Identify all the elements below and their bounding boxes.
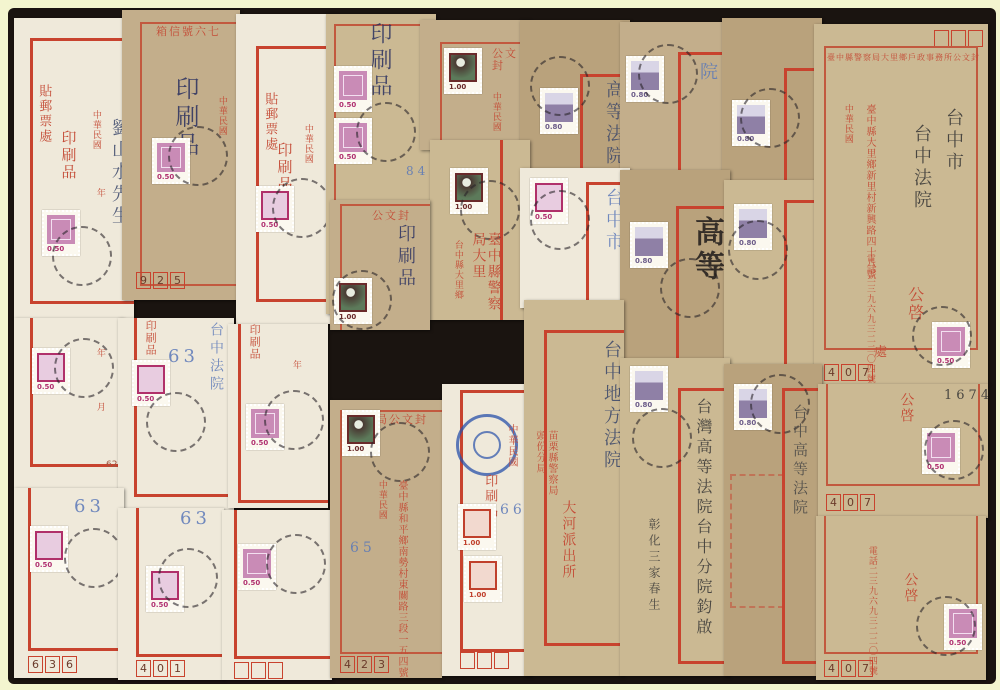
stamp: 1.00 <box>458 504 496 550</box>
stamp: 0.80 <box>630 366 668 412</box>
envelope-2: 箱信號六七 印刷品 中華民國 0.50 925 <box>122 10 240 300</box>
envelope-16: 印刷品 年 0.50 <box>228 324 328 508</box>
handwritten-year: 65 <box>350 540 376 556</box>
envelope-3: 貼郵票處 印刷品 中華民國 0.50 <box>236 14 336 324</box>
envelope-7b: 0.50 台中市 <box>520 168 630 308</box>
postmark <box>54 338 114 398</box>
print-matter-label: 印刷品 <box>248 324 260 360</box>
handwritten-number: 1674 <box>944 388 988 403</box>
stamp: 0.50 <box>334 66 372 112</box>
stamp-box-label: 貼郵票處 <box>36 84 50 144</box>
stamp: 0.80 <box>630 222 668 268</box>
postmark <box>52 226 112 286</box>
red-seal <box>730 474 784 608</box>
envelope-header: 臺中縣警察局大里鄉戶政事務所公文封 <box>820 54 980 63</box>
postmark <box>168 126 228 186</box>
zip-code-boxes <box>234 662 283 679</box>
envelope-19: 0.50 <box>222 510 332 680</box>
envelope-12: 0.80 高等 <box>620 170 730 370</box>
print-matter-label: 印刷品 <box>144 320 156 356</box>
postmark <box>740 88 800 148</box>
handwritten-address: 台中高等法院 <box>790 404 811 518</box>
postmark <box>356 102 416 162</box>
stamp: 1.00 <box>464 556 502 602</box>
year-label: 年 <box>290 360 300 370</box>
handwritten-sender: 彰化三家春生 <box>646 518 663 614</box>
roc-label: 中華民國 <box>376 480 386 520</box>
postmark <box>638 44 698 104</box>
addressee-police: 臺中縣警察局大里 <box>470 232 501 320</box>
stamp-boxes <box>934 30 983 47</box>
postmark <box>370 422 430 482</box>
stamp: 0.50 <box>30 526 68 572</box>
zip-code-boxes: 401 <box>136 660 185 677</box>
year-label: 年 <box>94 348 104 358</box>
gongqi-label: 公啓 <box>902 572 917 604</box>
envelope-4b: 公文封 1.00 印刷品 <box>330 200 430 330</box>
postmark <box>266 534 326 594</box>
handwritten-address-2: 台中法院 <box>908 124 934 212</box>
postmark <box>158 548 218 608</box>
gongqi-label: 公啓 <box>898 392 913 424</box>
official-label: 公文封 <box>372 210 411 222</box>
envelope-10: 0.80 <box>722 18 822 188</box>
handwritten-address: 台中法院 <box>206 322 226 394</box>
postmark <box>530 56 590 116</box>
handwritten-year: 66 <box>500 502 526 518</box>
postmark <box>146 392 206 452</box>
envelope-8: 0.80 台中高等法院 <box>620 22 730 182</box>
envelope-5: 公文封 1.00 中華民國 <box>420 20 530 150</box>
roc-label: 中華民國 <box>90 110 100 150</box>
postmark <box>728 220 788 280</box>
envelope-22: 苗栗縣警察局 頭份分局 大河派出所 台中地方法院 <box>524 300 624 676</box>
envelope-15: 印刷品 63 0.50 台中法院 <box>118 318 234 510</box>
envelope-13: 0.80 <box>724 180 820 370</box>
postmark <box>460 180 520 240</box>
roc-label: 中華民國 <box>216 96 226 136</box>
roc-label: 中華民國 <box>506 424 517 468</box>
envelope-23: 0.80 台灣高等法院台中分院鈞啟 彰化三家春生 <box>620 358 730 676</box>
stamp-box-label: 貼郵票處 <box>262 92 276 152</box>
envelope-24: 0.80 台中高等法院 <box>724 364 822 676</box>
postmark <box>272 178 332 238</box>
zip-code-boxes: 407 <box>826 494 875 511</box>
envelope-20: 局公文封 1.00 臺中縣和平鄉南勢村東關路三段一五四號 中華民國 65 423 <box>330 400 442 678</box>
envelope-1: 貼郵票處 印刷品 中華民國 年 劉山水先生 0.50 <box>14 18 134 318</box>
print-matter-label: 印刷品 <box>60 130 77 181</box>
envelope-21: 中華民國 印刷品 1.00 1.00 66 <box>442 384 532 676</box>
zip-code-boxes: 636 <box>28 656 77 673</box>
postmark <box>916 596 976 656</box>
zip-code-boxes: 925 <box>136 272 185 289</box>
envelope-7: 0.80 高等法院 <box>520 20 630 170</box>
handwritten-year: 63 <box>168 346 199 367</box>
roc-label: 中華民國 <box>842 104 852 144</box>
zip-code-boxes: 407 <box>824 660 873 677</box>
envelope-17: 63 0.50 636 <box>14 488 124 678</box>
phone: 電話二三九六九三二二〇四號 <box>866 546 876 676</box>
postmark <box>264 390 324 450</box>
sender-police: 苗栗縣警察局 <box>546 430 557 496</box>
roc-label: 中華民國 <box>490 92 500 132</box>
handwritten-year: 63 <box>74 496 105 517</box>
envelope-6: 1.00 臺中縣警察局大里 台中縣大里鄉 <box>430 140 530 320</box>
sender-branch: 頭份分局 <box>534 430 545 474</box>
envelope-header: 箱信號六七 <box>156 26 221 38</box>
postmark <box>632 408 692 468</box>
handwritten-print-matter: 印刷品 <box>392 224 418 290</box>
handwritten-address-1: 台中市 <box>940 108 966 174</box>
envelope-18: 63 0.50 401 <box>118 508 224 680</box>
envelope-14: 0.50 年 月 62.9 <box>14 318 124 488</box>
postmark <box>332 270 392 330</box>
handling-label: 處 <box>874 346 889 360</box>
zip-code-boxes: 407 <box>824 364 873 381</box>
envelope-26: 電話二三九六九三二二〇四號 公啓 0.50 407 <box>816 516 986 680</box>
postmark <box>912 306 972 366</box>
zip-code-boxes <box>460 652 509 669</box>
handwritten-year: 63 <box>180 508 211 529</box>
sender-address: 臺中縣和平鄉南勢村東關路三段一五四號 <box>396 480 407 678</box>
postmark <box>64 528 124 588</box>
sender-address: 台中縣大里鄉 <box>452 240 462 300</box>
handwritten-address: 台灣高等法院台中分院鈞啟 <box>692 398 715 638</box>
postmark <box>924 420 984 480</box>
handwritten-address: 高等 <box>684 216 728 284</box>
stamp: 1.00 <box>444 48 482 94</box>
envelope-25: 公啓 1674 0.50 407 <box>818 384 988 518</box>
year-label: 年 <box>94 188 104 198</box>
sender-station: 大河派出所 <box>560 500 575 580</box>
postmark <box>530 190 590 250</box>
roc-label: 中華民國 <box>302 124 312 164</box>
zip-code-boxes: 423 <box>340 656 389 673</box>
envelope-11: 臺中縣警察局大里鄉戶政事務所公文封 臺中縣大里鄉新里村新興路四十八號 中華民國 … <box>814 24 988 384</box>
month-label: 月 <box>94 402 104 412</box>
